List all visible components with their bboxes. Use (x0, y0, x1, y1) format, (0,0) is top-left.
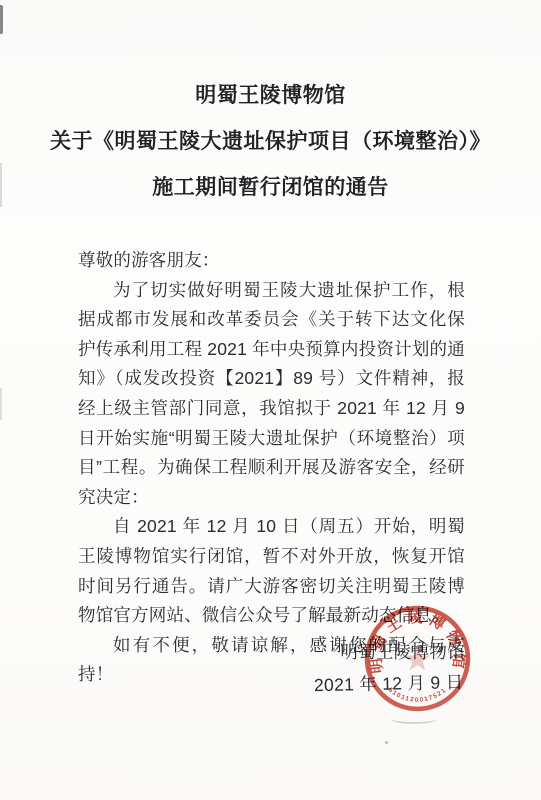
notice-body: 尊敬的游客朋友： 为了切实做好明蜀王陵大遗址保护工作，根据成都市发展和改革委员会… (78, 246, 465, 690)
salutation: 尊敬的游客朋友： (78, 246, 465, 276)
notice-subject-line: 关于《明蜀王陵大遗址保护项目（环境整治）》 (30, 119, 511, 165)
notice-title: 明蜀王陵博物馆 关于《明蜀王陵大遗址保护项目（环境整治）》 施工期间暂行闭馆的通… (30, 73, 511, 211)
scan-smudge (391, 714, 437, 724)
paragraph-closure-details: 自 2021 年 12 月 10 日（周五）开始，明蜀王陵博物馆实行闭馆，暂不对… (78, 512, 465, 630)
scan-dot (385, 741, 388, 744)
organization-name: 明蜀王陵博物馆 (30, 73, 511, 119)
notice-type-line: 施工期间暂行闭馆的通告 (30, 165, 511, 211)
signature-organization: 明蜀王陵博物馆 (314, 638, 465, 668)
signature-block: 明蜀王陵博物馆 2021 年 12 月 9 日 (314, 638, 465, 697)
paragraph-project-background: 为了切实做好明蜀王陵大遗址保护工作，根据成都市发展和改革委员会《关于转下达文化保… (78, 276, 465, 513)
signature-date: 2021 年 12 月 9 日 (313, 668, 465, 701)
